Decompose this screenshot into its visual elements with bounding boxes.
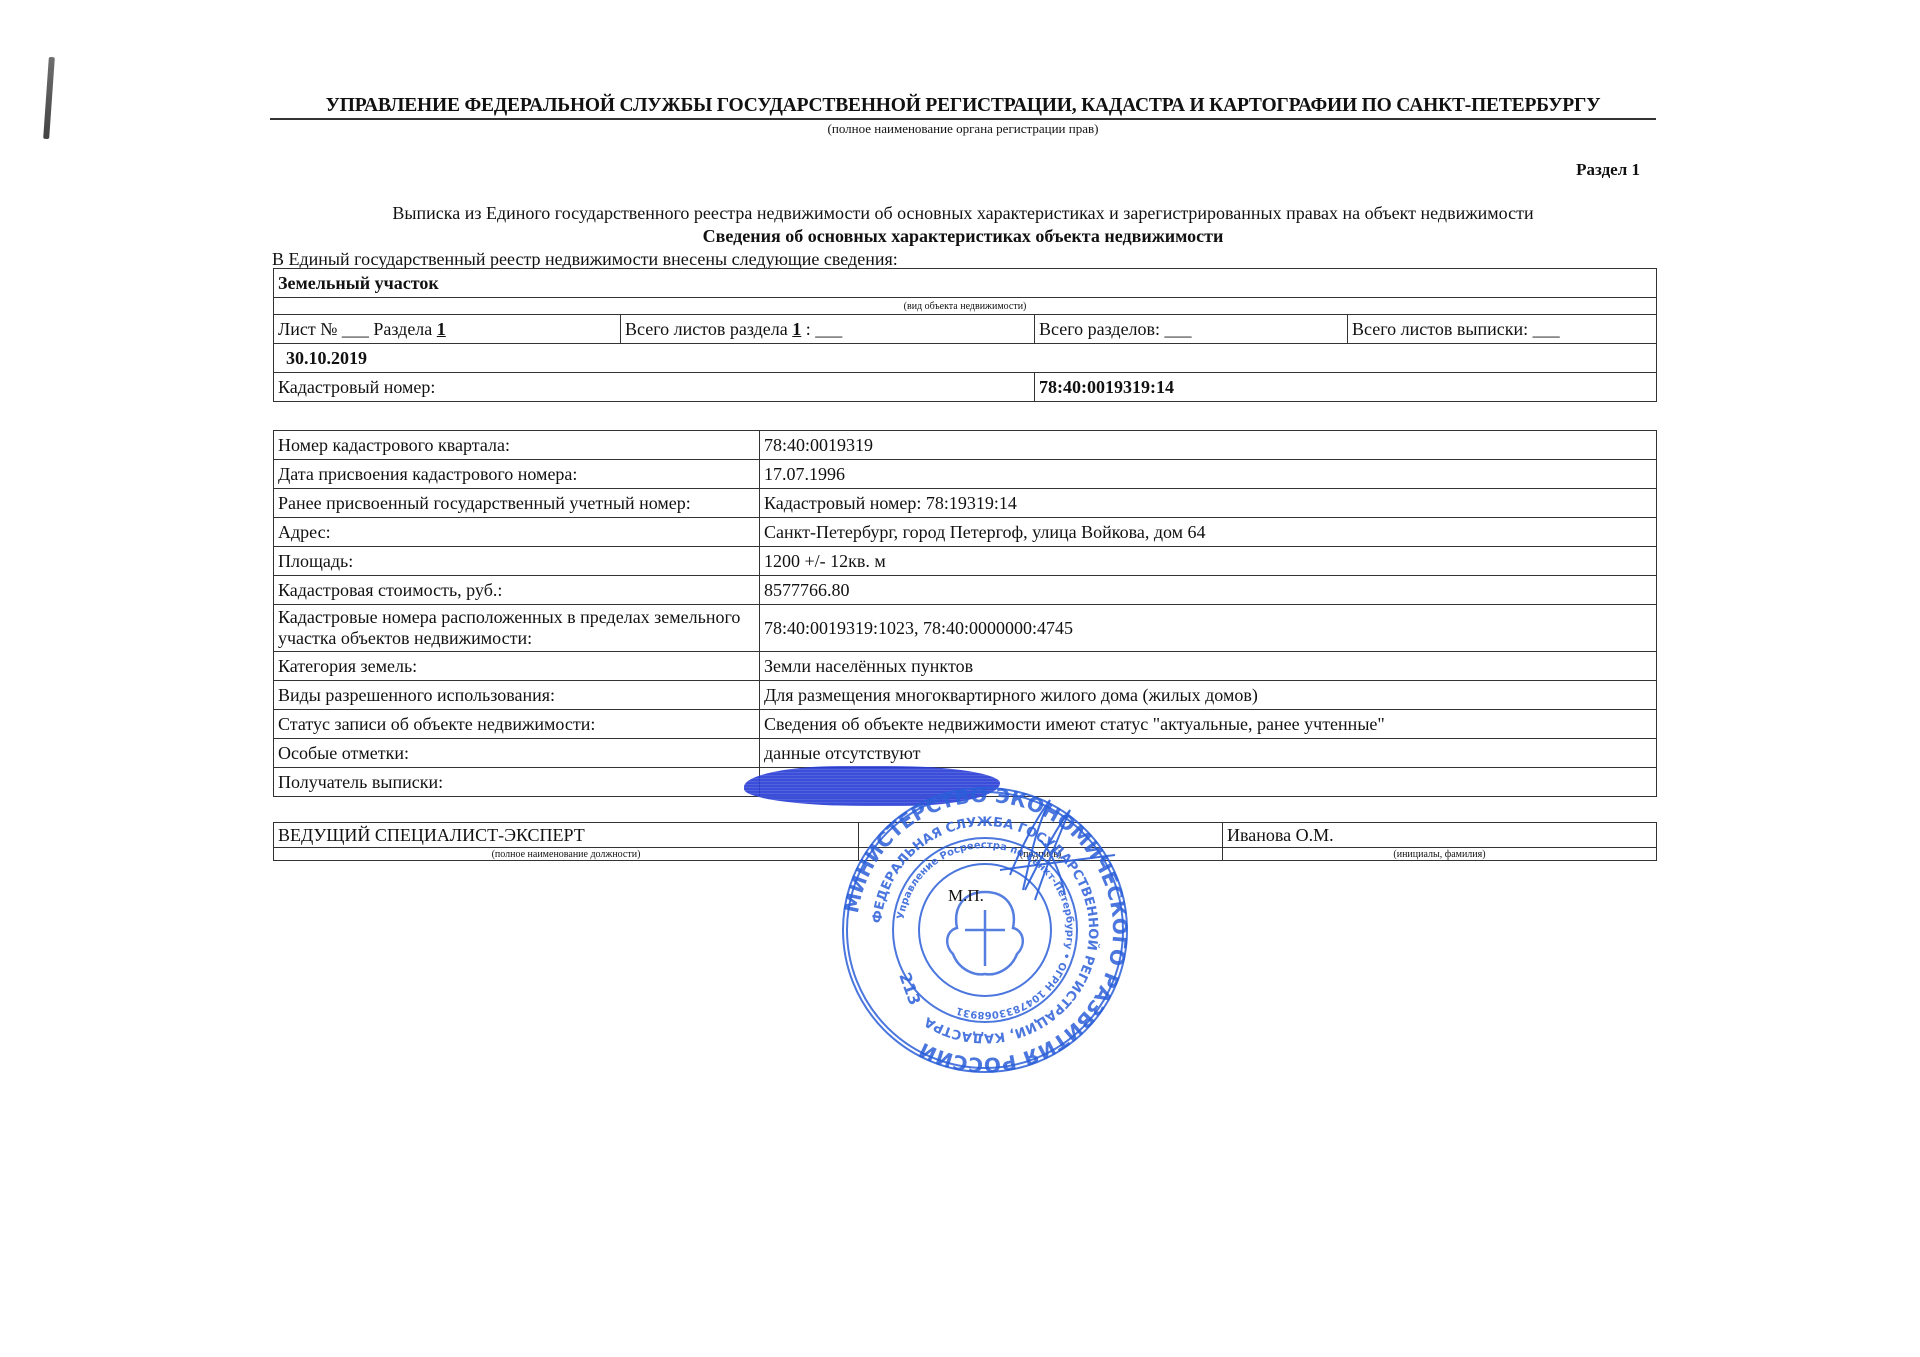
property-value: Кадастровый номер: 78:19319:14 (760, 489, 1657, 518)
sheet-blank: ___ (342, 319, 369, 339)
intro-text: В Единый государственный реестр недвижим… (272, 249, 898, 270)
total-sections-cell: Всего разделов: ___ (1035, 315, 1348, 344)
document-title: Выписка из Единого государственного реес… (270, 203, 1656, 224)
section-label: Раздел 1 (1500, 160, 1640, 180)
section-number: 1 (437, 319, 446, 339)
property-value: 1200 +/- 12кв. м (760, 547, 1657, 576)
cadastral-number-value: 78:40:0019319:14 (1035, 373, 1657, 402)
agency-name: УПРАВЛЕНИЕ ФЕДЕРАЛЬНОЙ СЛУЖБЫ ГОСУДАРСТВ… (270, 95, 1656, 120)
section-word: Раздела (373, 319, 432, 339)
name-caption: (инициалы, фамилия) (1223, 848, 1657, 861)
property-label: Категория земель: (274, 652, 760, 681)
properties-table: Номер кадастрового квартала:78:40:001931… (273, 430, 1657, 797)
seal-label: М.П. (948, 886, 984, 906)
property-value: 17.07.1996 (760, 460, 1657, 489)
property-label: Ранее присвоенный государственный учетны… (274, 489, 760, 518)
table-row: Номер кадастрового квартала:78:40:001931… (274, 431, 1657, 460)
total-sections-label: Всего разделов: (1039, 319, 1160, 339)
table-row: Кадастровая стоимость, руб.:8577766.80 (274, 576, 1657, 605)
table-row: Площадь:1200 +/- 12кв. м (274, 547, 1657, 576)
property-value: 78:40:0019319:1023, 78:40:0000000:4745 (760, 605, 1657, 652)
sheet-label: Лист № (278, 319, 337, 339)
object-header-table: Земельный участок (вид объекта недвижимо… (273, 268, 1657, 402)
table-row: Дата присвоения кадастрового номера:17.0… (274, 460, 1657, 489)
official-seal-stamp-icon: МИНИСТЕРСТВО ЭКОНОМИЧЕСКОГО РАЗВИТИЯ РОС… (835, 780, 1135, 1080)
property-label: Особые отметки: (274, 739, 760, 768)
property-label: Номер кадастрового квартала: (274, 431, 760, 460)
property-label: Площадь: (274, 547, 760, 576)
property-label: Кадастровые номера расположенных в преде… (274, 605, 760, 652)
cadastral-number-label: Кадастровый номер: (274, 373, 1035, 402)
property-label: Статус записи об объекте недвижимости: (274, 710, 760, 739)
svg-text:213: 213 (895, 970, 924, 1008)
property-value: данные отсутствуют (760, 739, 1657, 768)
sheet-number-cell: Лист № ___ Раздела 1 (274, 315, 621, 344)
object-type: Земельный участок (274, 269, 1657, 298)
extract-date: 30.10.2019 (274, 344, 1657, 373)
object-type-caption: (вид объекта недвижимости) (274, 298, 1657, 315)
total-sheets-section-value: ___ (815, 319, 842, 339)
table-row: Статус записи об объекте недвижимости:Св… (274, 710, 1657, 739)
property-value: 8577766.80 (760, 576, 1657, 605)
total-sheets-extract-cell: Всего листов выписки: ___ (1348, 315, 1657, 344)
property-label: Адрес: (274, 518, 760, 547)
document-subtitle: Сведения об основных характеристиках объ… (270, 226, 1656, 247)
position-title: ВЕДУЩИЙ СПЕЦИАЛИСТ-ЭКСПЕРТ (274, 823, 859, 848)
signer-name: Иванова О.М. (1223, 823, 1657, 848)
total-sheets-section-cell: Всего листов раздела 1 : ___ (621, 315, 1035, 344)
property-label: Кадастровая стоимость, руб.: (274, 576, 760, 605)
table-row: Категория земель:Земли населённых пункто… (274, 652, 1657, 681)
table-row: Ранее присвоенный государственный учетны… (274, 489, 1657, 518)
property-label: Дата присвоения кадастрового номера: (274, 460, 760, 489)
property-value: Санкт-Петербург, город Петергоф, улица В… (760, 518, 1657, 547)
total-sections-value: ___ (1165, 319, 1192, 339)
agency-caption: (полное наименование органа регистрации … (270, 121, 1656, 137)
table-row: Особые отметки:данные отсутствуют (274, 739, 1657, 768)
property-value: Для размещения многоквартирного жилого д… (760, 681, 1657, 710)
total-sheets-section-number: 1 (792, 319, 801, 339)
total-sheets-extract-value: ___ (1533, 319, 1560, 339)
property-label: Виды разрешенного использования: (274, 681, 760, 710)
total-sheets-extract-label: Всего листов выписки: (1352, 319, 1528, 339)
property-label: Получатель выписки: (274, 768, 760, 797)
scan-artifact-mark (43, 57, 55, 139)
total-sheets-section-label: Всего листов раздела (625, 319, 788, 339)
table-row: Кадастровые номера расположенных в преде… (274, 605, 1657, 652)
property-value: Сведения об объекте недвижимости имеют с… (760, 710, 1657, 739)
position-caption: (полное наименование должности) (274, 848, 859, 861)
table-row: Виды разрешенного использования:Для разм… (274, 681, 1657, 710)
table-row: Адрес:Санкт-Петербург, город Петергоф, у… (274, 518, 1657, 547)
property-value: Земли населённых пунктов (760, 652, 1657, 681)
property-value: 78:40:0019319 (760, 431, 1657, 460)
